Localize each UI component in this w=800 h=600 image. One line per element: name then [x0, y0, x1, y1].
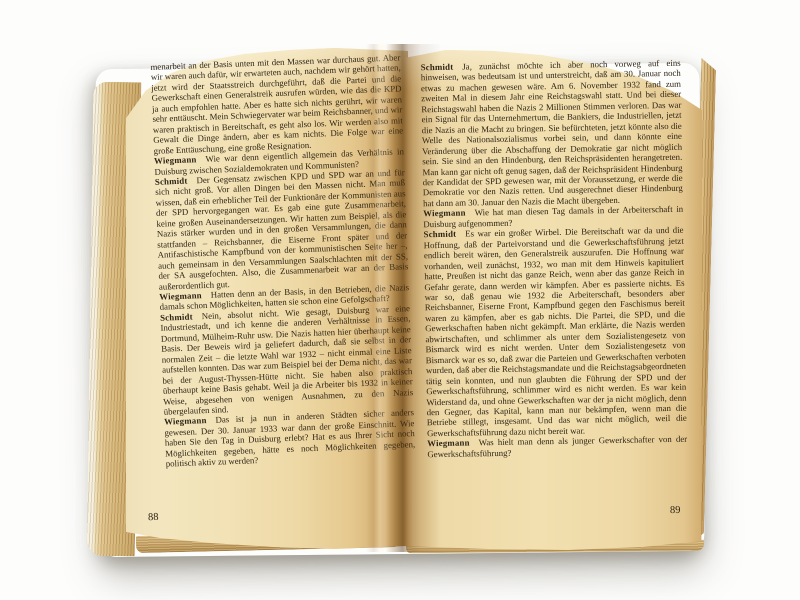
speaker-name: Schmidt [155, 176, 188, 187]
speaker-name: Wiegmann [423, 208, 466, 219]
paragraph: WiegmannDas ist ja nun in anderen Städte… [164, 407, 416, 469]
paragraph: SchmidtNein, absolut nicht. Wie gesagt, … [160, 303, 414, 417]
book-photo-scene: menarbeit an der Basis unten mit den Mas… [0, 0, 800, 600]
speaker-name: Schmidt [160, 311, 193, 322]
paragraph-text: Der Gegensatz zwischen KPD und SPD war a… [155, 167, 408, 291]
paragraph-text: Ja, zunächst möchte ich aber noch vorweg… [421, 58, 683, 208]
speaker-name: Schmidt [423, 229, 456, 240]
paragraph: SchmidtDer Gegensatz zwischen KPD und SP… [155, 167, 409, 291]
speaker-name: Schmidt [421, 62, 454, 73]
paragraph: SchmidtJa, zunächst möchte ich aber noch… [421, 58, 684, 209]
right-page-text: SchmidtJa, zunächst möchte ich aber noch… [421, 58, 688, 460]
page-number-right: 89 [670, 505, 681, 516]
paragraph: menarbeit an der Basis unten mit den Mas… [150, 52, 403, 156]
left-page-text: menarbeit an der Basis unten mit den Mas… [150, 52, 415, 469]
paragraph-text: Es war ein großer Wirbel. Die Bereitscha… [424, 225, 687, 438]
page-number-left: 88 [148, 512, 159, 523]
speaker-name: Wiegmann [427, 438, 470, 449]
paragraph: SchmidtEs war ein großer Wirbel. Die Ber… [423, 225, 687, 439]
paragraph-text: menarbeit an der Basis unten mit den Mas… [150, 52, 403, 155]
paragraph-text: Nein, absolut nicht. Wie gesagt, Duisbur… [160, 303, 413, 417]
